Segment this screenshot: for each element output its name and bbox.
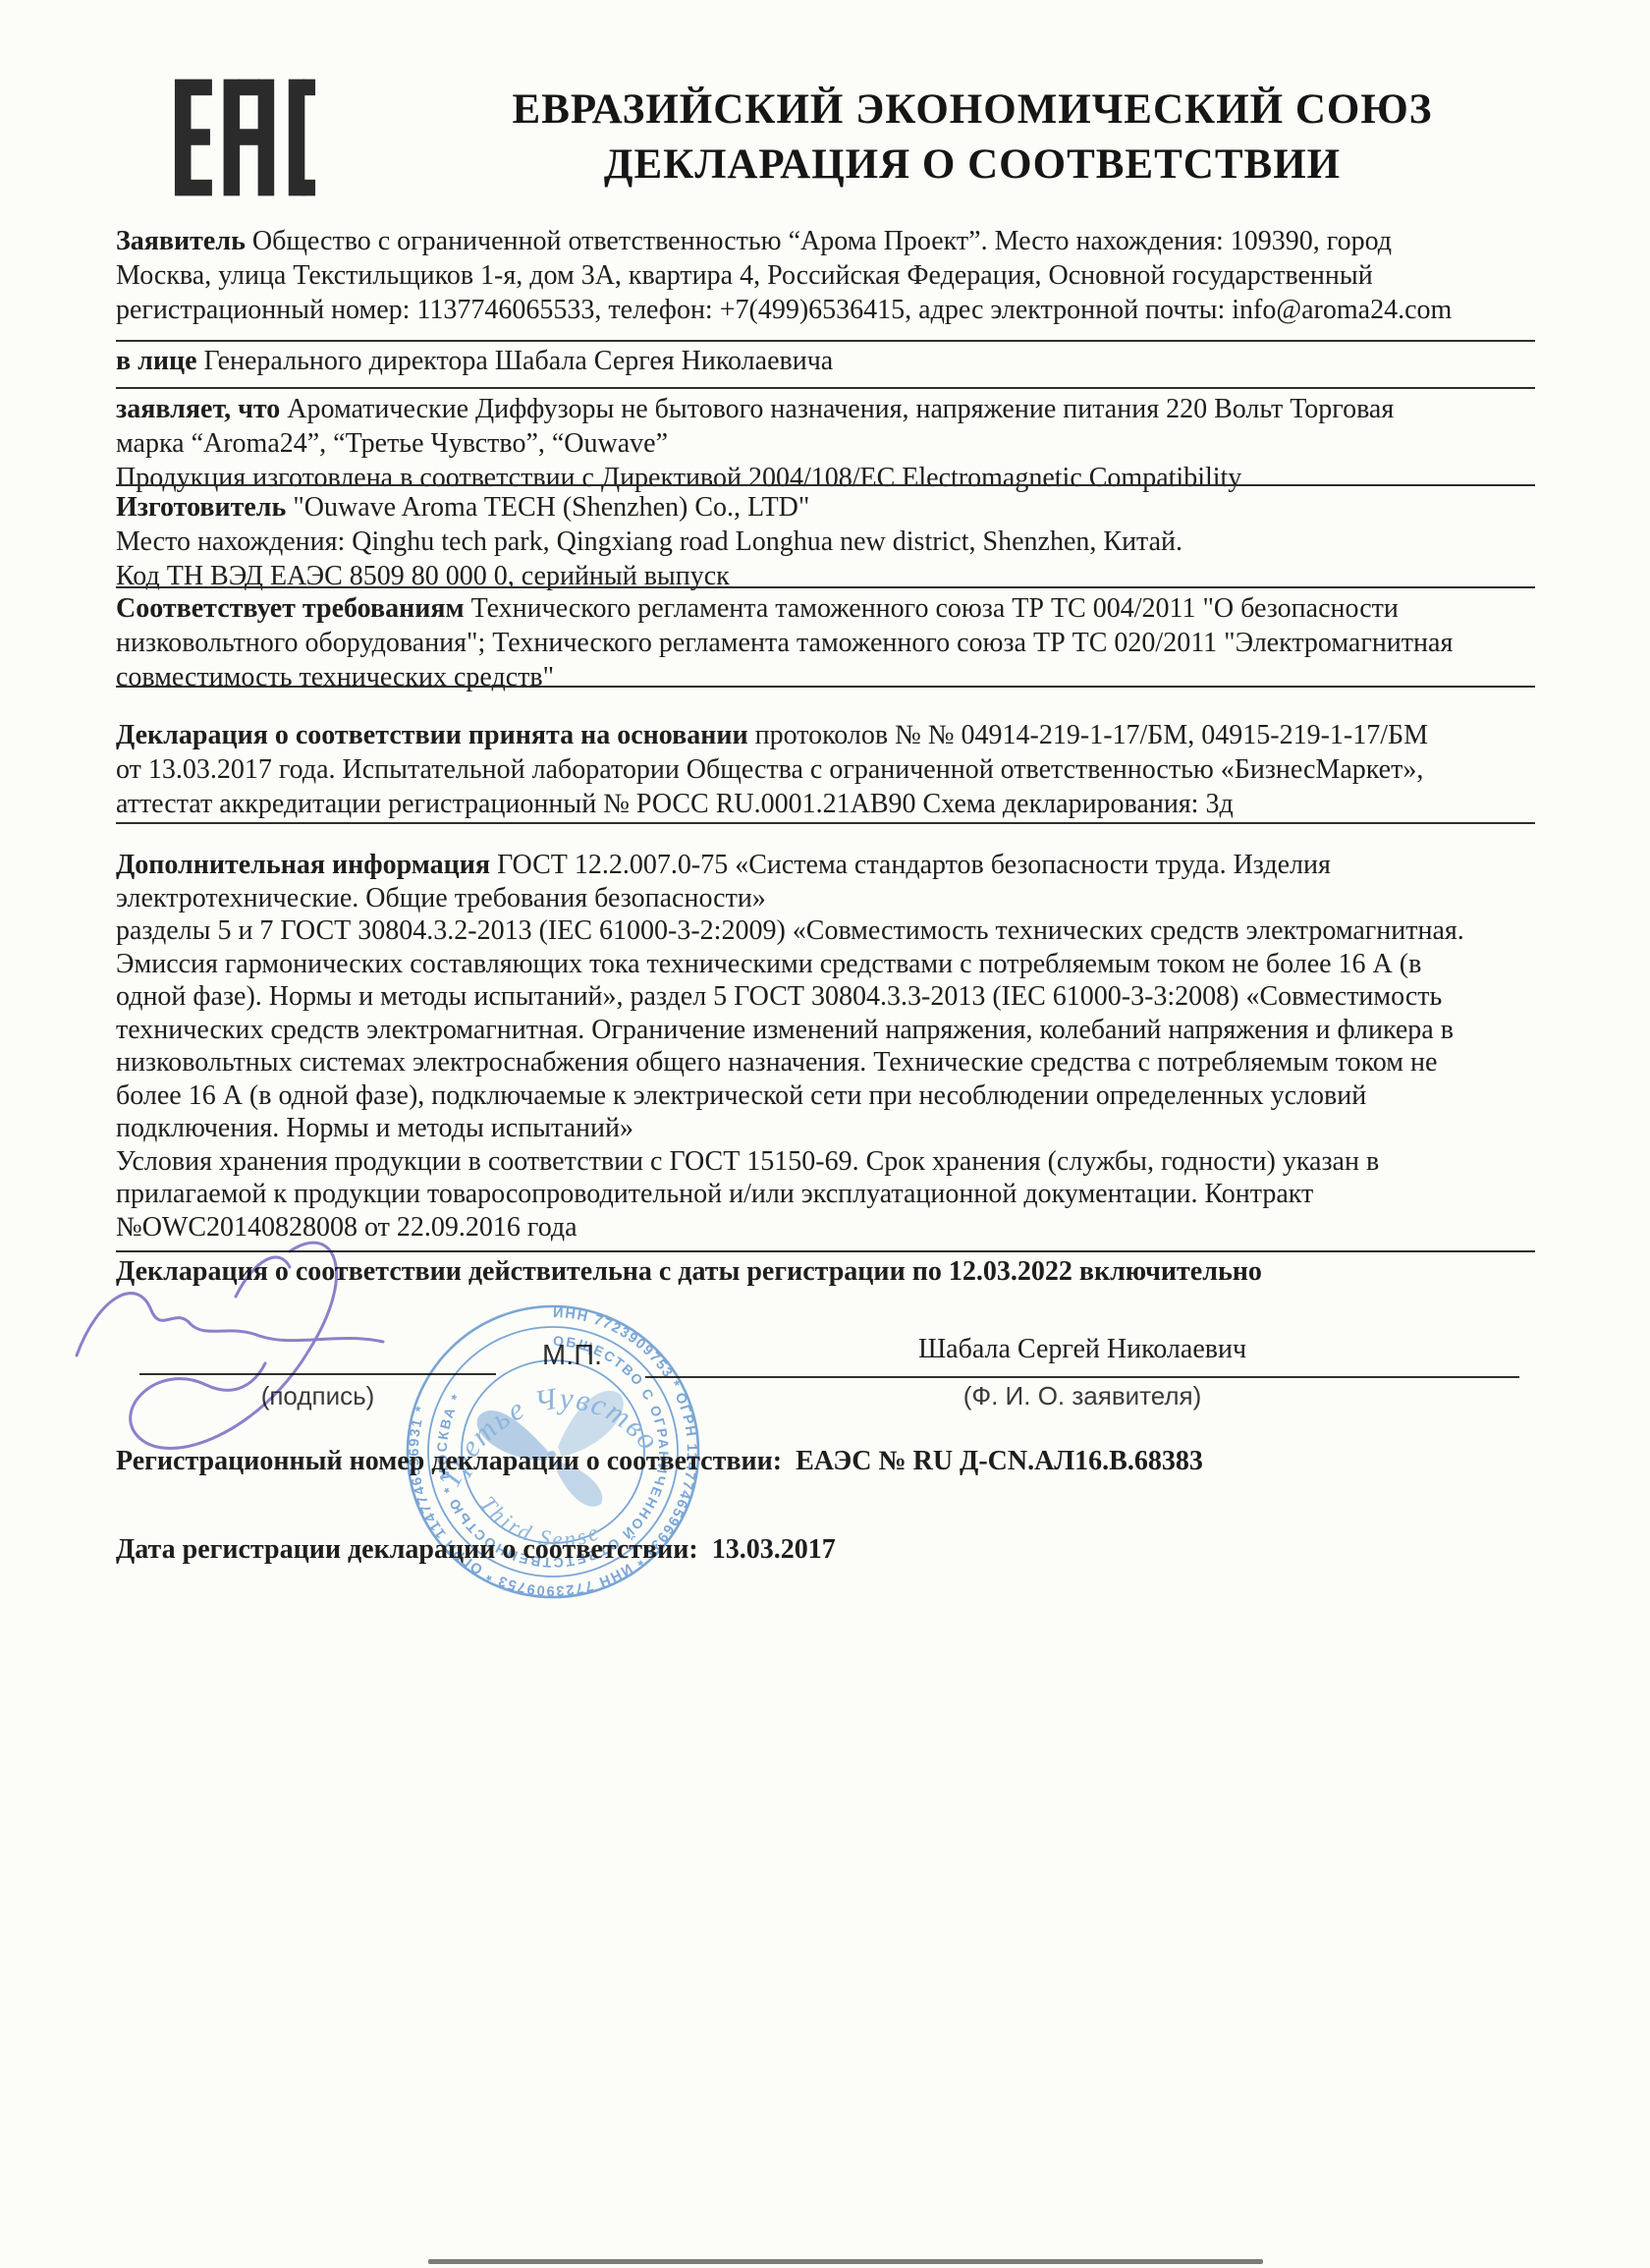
title-line-declaration: ДЕКЛАРАЦИЯ О СООТВЕТСТВИИ xyxy=(334,138,1611,193)
declares-label: заявляет, что xyxy=(116,394,280,424)
manufacturer-label: Изготовитель xyxy=(116,492,286,523)
basis-label: Декларация о соответствии принята на осн… xyxy=(116,720,748,750)
registration-date-label: Дата регистрации декларации о соответств… xyxy=(116,1534,698,1565)
scan-artifact xyxy=(428,2259,1263,2264)
manufacturer-paragraph: Изготовитель "Ouwave Aroma TECH (Shenzhe… xyxy=(116,482,1560,593)
compliance-paragraph: Соответствует требованиям Технического р… xyxy=(116,583,1560,694)
divider xyxy=(116,340,1535,342)
declaration-document: ЕВРАЗИЙСКИЙ ЭКОНОМИЧЕСКИЙ СОЮЗ ДЕКЛАРАЦИ… xyxy=(0,0,1650,2268)
additional-info-paragraph: Дополнительная информация ГОСТ 12.2.007.… xyxy=(116,849,1560,1244)
representative-paragraph: в лице Генерального директора Шабала Сер… xyxy=(116,344,1560,378)
compliance-label: Соответствует требованиям xyxy=(116,593,465,624)
additional-info-text: ГОСТ 12.2.007.0-75 «Система стандартов б… xyxy=(116,850,1464,1243)
divider xyxy=(116,686,1535,688)
applicant-text: Общество с ограниченной ответственностью… xyxy=(116,226,1452,325)
applicant-paragraph: Заявитель Общество с ограниченной ответс… xyxy=(116,224,1560,327)
declares-text: Ароматические Диффузоры не бытового назн… xyxy=(116,394,1394,493)
representative-text: Генерального директора Шабала Сергея Ник… xyxy=(197,346,834,376)
basis-paragraph: Декларация о соответствии принята на осн… xyxy=(116,718,1560,821)
registration-number-line: Регистрационный номер декларации о соотв… xyxy=(116,1444,1560,1478)
additional-info-label: Дополнительная информация xyxy=(116,850,490,880)
title-line-union: ЕВРАЗИЙСКИЙ ЭКОНОМИЧЕСКИЙ СОЮЗ xyxy=(334,83,1611,138)
registration-date-value: 13.03.2017 xyxy=(712,1534,836,1565)
declares-paragraph: заявляет, что Ароматические Диффузоры не… xyxy=(116,384,1560,495)
name-caption: (Ф. И. О. заявителя) xyxy=(645,1381,1519,1411)
divider xyxy=(116,822,1535,824)
representative-label: в лице xyxy=(116,346,197,376)
applicant-label: Заявитель xyxy=(116,226,246,256)
eac-logo xyxy=(173,77,316,198)
registration-date-line: Дата регистрации декларации о соответств… xyxy=(116,1532,1560,1567)
document-title: ЕВРАЗИЙСКИЙ ЭКОНОМИЧЕСКИЙ СОЮЗ ДЕКЛАРАЦИ… xyxy=(334,83,1611,193)
name-line xyxy=(645,1376,1519,1378)
registration-number-label: Регистрационный номер декларации о соотв… xyxy=(116,1446,782,1476)
registration-number-value: ЕАЭС № RU Д-CN.АЛ16.B.68383 xyxy=(796,1446,1203,1476)
applicant-name: Шабала Сергей Николаевич xyxy=(645,1334,1519,1365)
